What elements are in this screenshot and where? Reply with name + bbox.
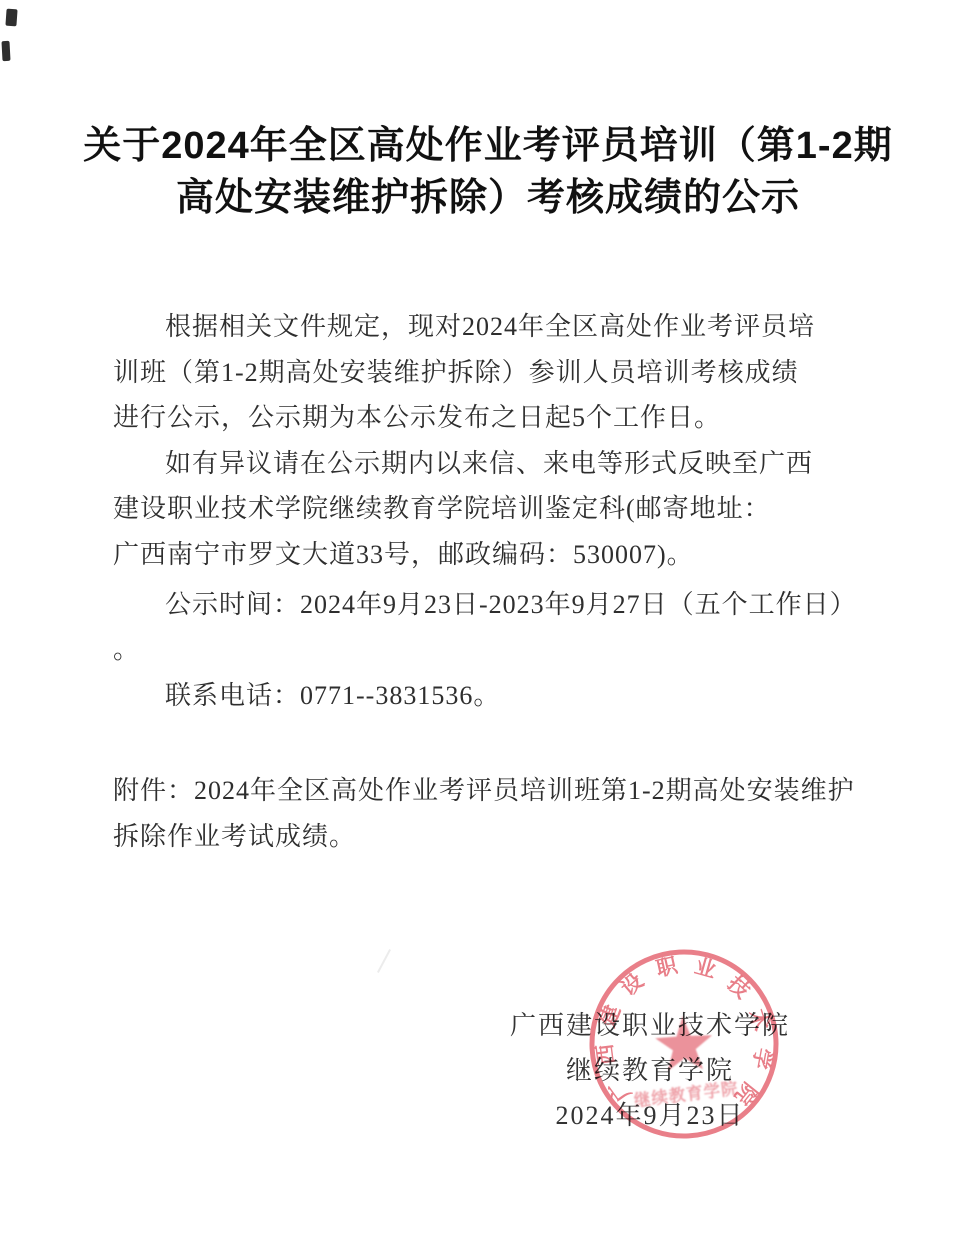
body-line: 如有异议请在公示期内以来信、来电等形式反映至广西 [113, 441, 872, 487]
body-line: 附件：2024年全区高处作业考评员培训班第1-2期高处安装维护 [113, 768, 872, 814]
scan-scratch-mark [377, 949, 391, 973]
body-line: 拆除作业考试成绩。 [113, 814, 872, 860]
paragraph-intro: 根据相关文件规定，现对2024年全区高处作业考评员培 训班（第1-2期高处安装维… [113, 304, 872, 441]
title-line-2: 高处安装维护拆除）考核成绩的公示 [40, 172, 936, 224]
page-title: 关于2024年全区高处作业考评员培训（第1-2期 高处安装维护拆除）考核成绩的公… [40, 120, 936, 224]
paragraph-objection: 如有异议请在公示期内以来信、来电等形式反映至广西 建设职业技术学院继续教育学院培… [113, 441, 872, 578]
body-line: 联系电话：0771--3831536。 [113, 673, 872, 719]
paragraph-attachment: 附件：2024年全区高处作业考评员培训班第1-2期高处安装维护 拆除作业考试成绩… [113, 768, 872, 859]
body-line: 建设职业技术学院继续教育学院培训鉴定科(邮寄地址： [113, 486, 872, 532]
body-line: 训班（第1-2期高处安装维护拆除）参训人员培训考核成绩 [113, 350, 872, 396]
document-body: 根据相关文件规定，现对2024年全区高处作业考评员培 训班（第1-2期高处安装维… [113, 304, 872, 860]
scan-artifact-mark [5, 9, 17, 27]
official-seal: 广西建设职业技术学院 继续教育学院 [579, 939, 789, 1149]
paragraph-contact-phone: 联系电话：0771--3831536。 [113, 673, 872, 719]
paragraph-publicity-period: 公示时间：2024年9月23日-2023年9月27日（五个工作日） 。 [113, 582, 872, 673]
body-line: 。 [113, 627, 872, 673]
seal-star-icon [654, 1015, 714, 1072]
body-line: 根据相关文件规定，现对2024年全区高处作业考评员培 [113, 304, 872, 350]
body-line: 广西南宁市罗文大道33号，邮政编码：530007)。 [113, 532, 872, 578]
body-line: 公示时间：2024年9月23日-2023年9月27日（五个工作日） [113, 582, 872, 628]
body-line: 进行公示，公示期为本公示发布之日起5个工作日。 [113, 395, 872, 441]
title-line-1: 关于2024年全区高处作业考评员培训（第1-2期 [40, 120, 936, 172]
seal-center-text: 继续教育学院 [633, 1078, 740, 1111]
document-page: 关于2024年全区高处作业考评员培训（第1-2期 高处安装维护拆除）考核成绩的公… [0, 0, 976, 1237]
scan-artifact-mark [1, 41, 10, 61]
